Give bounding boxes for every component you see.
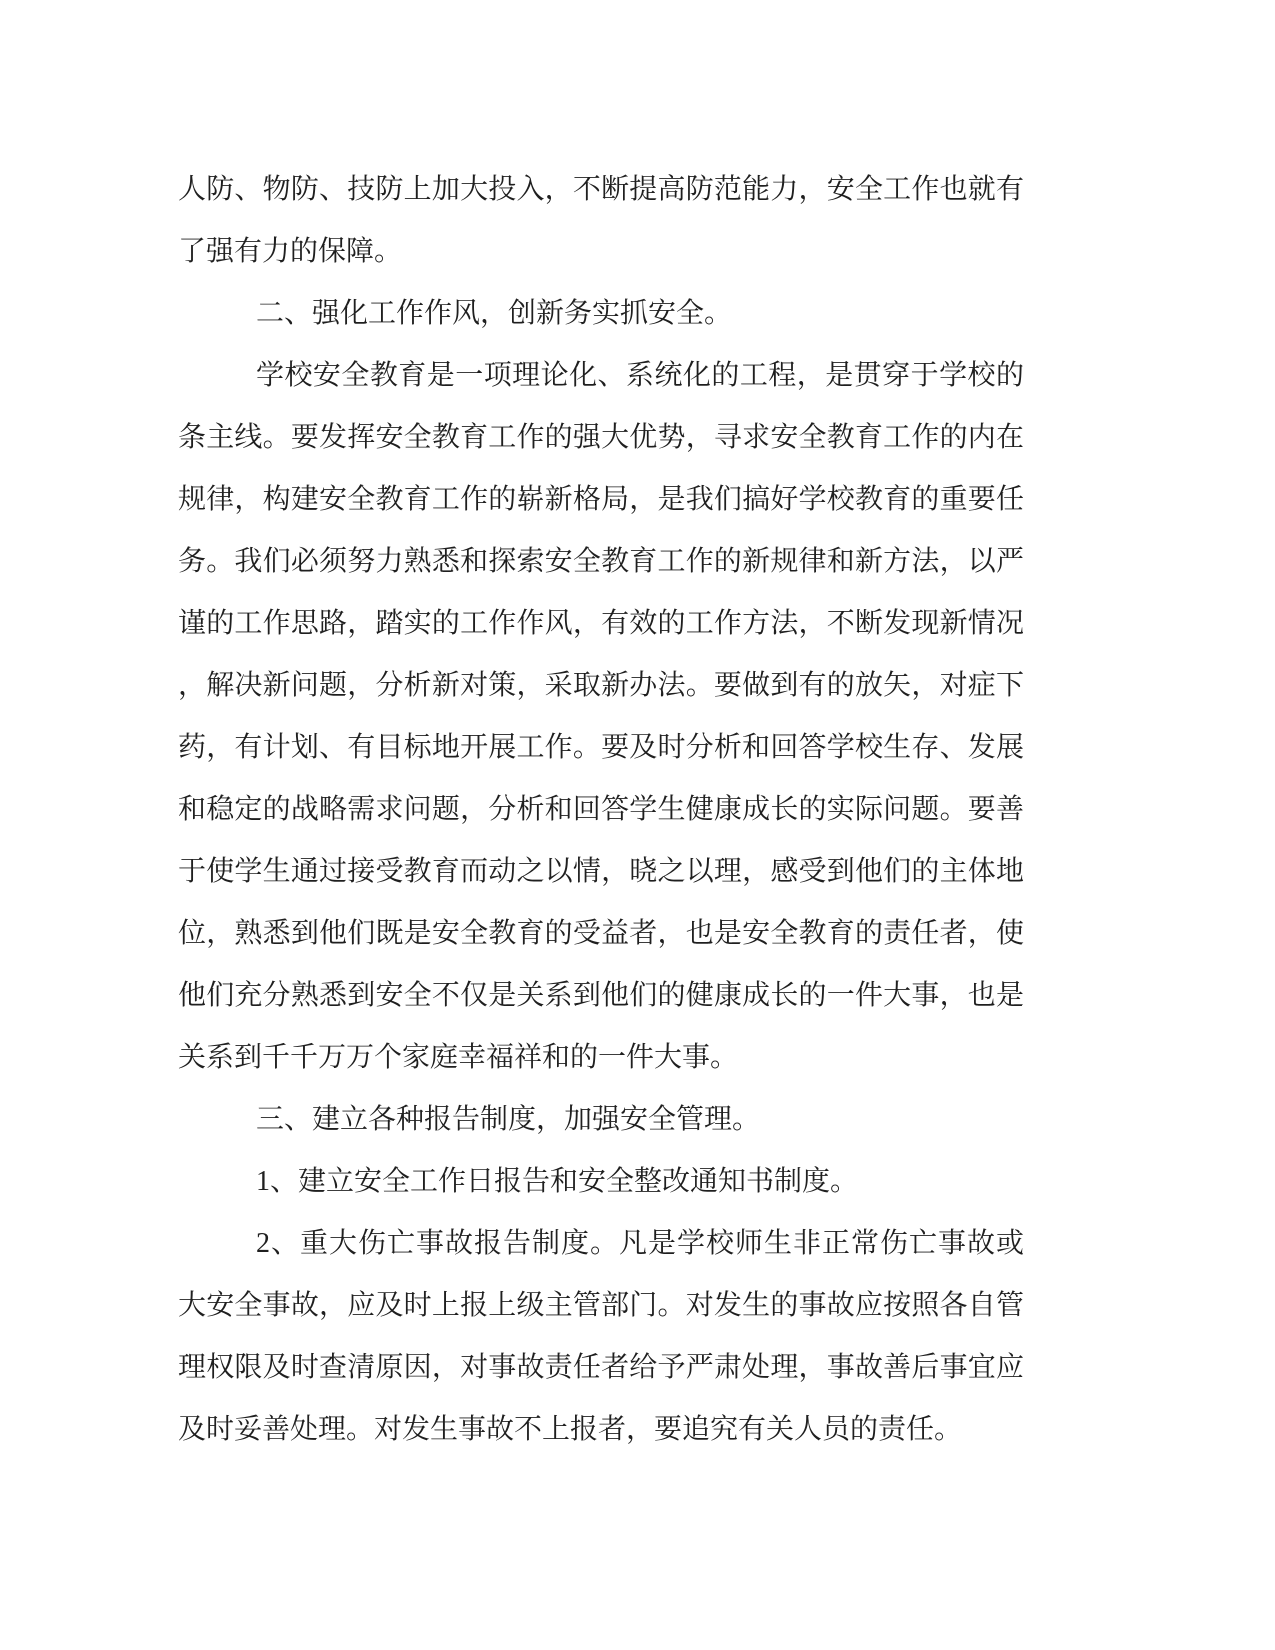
text-line: 药，有计划、有目标地开展工作。要及时分析和回答学校生存、发展 — [178, 717, 1024, 779]
text-line: 位，熟悉到他们既是安全教育的受益者，也是安全教育的责任者，使 — [178, 903, 1024, 965]
text-line: 学校安全教育是一项理论化、系统化的工程，是贯穿于学校的一 — [178, 345, 1024, 407]
text-line: 谨的工作思路，踏实的工作作风，有效的工作方法，不断发现新情况 — [178, 593, 1024, 655]
document-page: 人防、物防、技防上加大投入，不断提高防范能力，安全工作也就有了强有力的保障。二、… — [0, 0, 1275, 1650]
text-line: ，解决新问题，分析新对策，采取新办法。要做到有的放矢，对症下 — [178, 655, 1024, 717]
text-line: 务。我们必须努力熟悉和探索安全教育工作的新规律和新方法，以严 — [178, 531, 1024, 593]
text-line: 了强有力的保障。 — [178, 221, 1024, 283]
text-line: 人防、物防、技防上加大投入，不断提高防范能力，安全工作也就有 — [178, 159, 1024, 221]
text-line: 和稳定的战略需求问题，分析和回答学生健康成长的实际问题。要善 — [178, 779, 1024, 841]
text-line: 于使学生通过接受教育而动之以情，晓之以理，感受到他们的主体地 — [178, 841, 1024, 903]
text-line: 1、建立安全工作日报告和安全整改通知书制度。 — [178, 1151, 1024, 1213]
text-line: 及时妥善处理。对发生事故不上报者，要追究有关人员的责任。 — [178, 1399, 1024, 1461]
document-body: 人防、物防、技防上加大投入，不断提高防范能力，安全工作也就有了强有力的保障。二、… — [178, 159, 1024, 1461]
text-line: 关系到千千万万个家庭幸福祥和的一件大事。 — [178, 1027, 1024, 1089]
text-line: 条主线。要发挥安全教育工作的强大优势，寻求安全教育工作的内在 — [178, 407, 1024, 469]
text-line: 大安全事故，应及时上报上级主管部门。对发生的事故应按照各自管 — [178, 1275, 1024, 1337]
text-line: 理权限及时查清原因，对事故责任者给予严肃处理，事故善后事宜应 — [178, 1337, 1024, 1399]
text-line: 三、建立各种报告制度，加强安全管理。 — [178, 1089, 1024, 1151]
text-line: 规律，构建安全教育工作的崭新格局，是我们搞好学校教育的重要任 — [178, 469, 1024, 531]
text-line: 二、强化工作作风，创新务实抓安全。 — [178, 283, 1024, 345]
text-line: 他们充分熟悉到安全不仅是关系到他们的健康成长的一件大事，也是 — [178, 965, 1024, 1027]
text-line: 2、重大伤亡事故报告制度。凡是学校师生非正常伤亡事故或重 — [178, 1213, 1024, 1275]
